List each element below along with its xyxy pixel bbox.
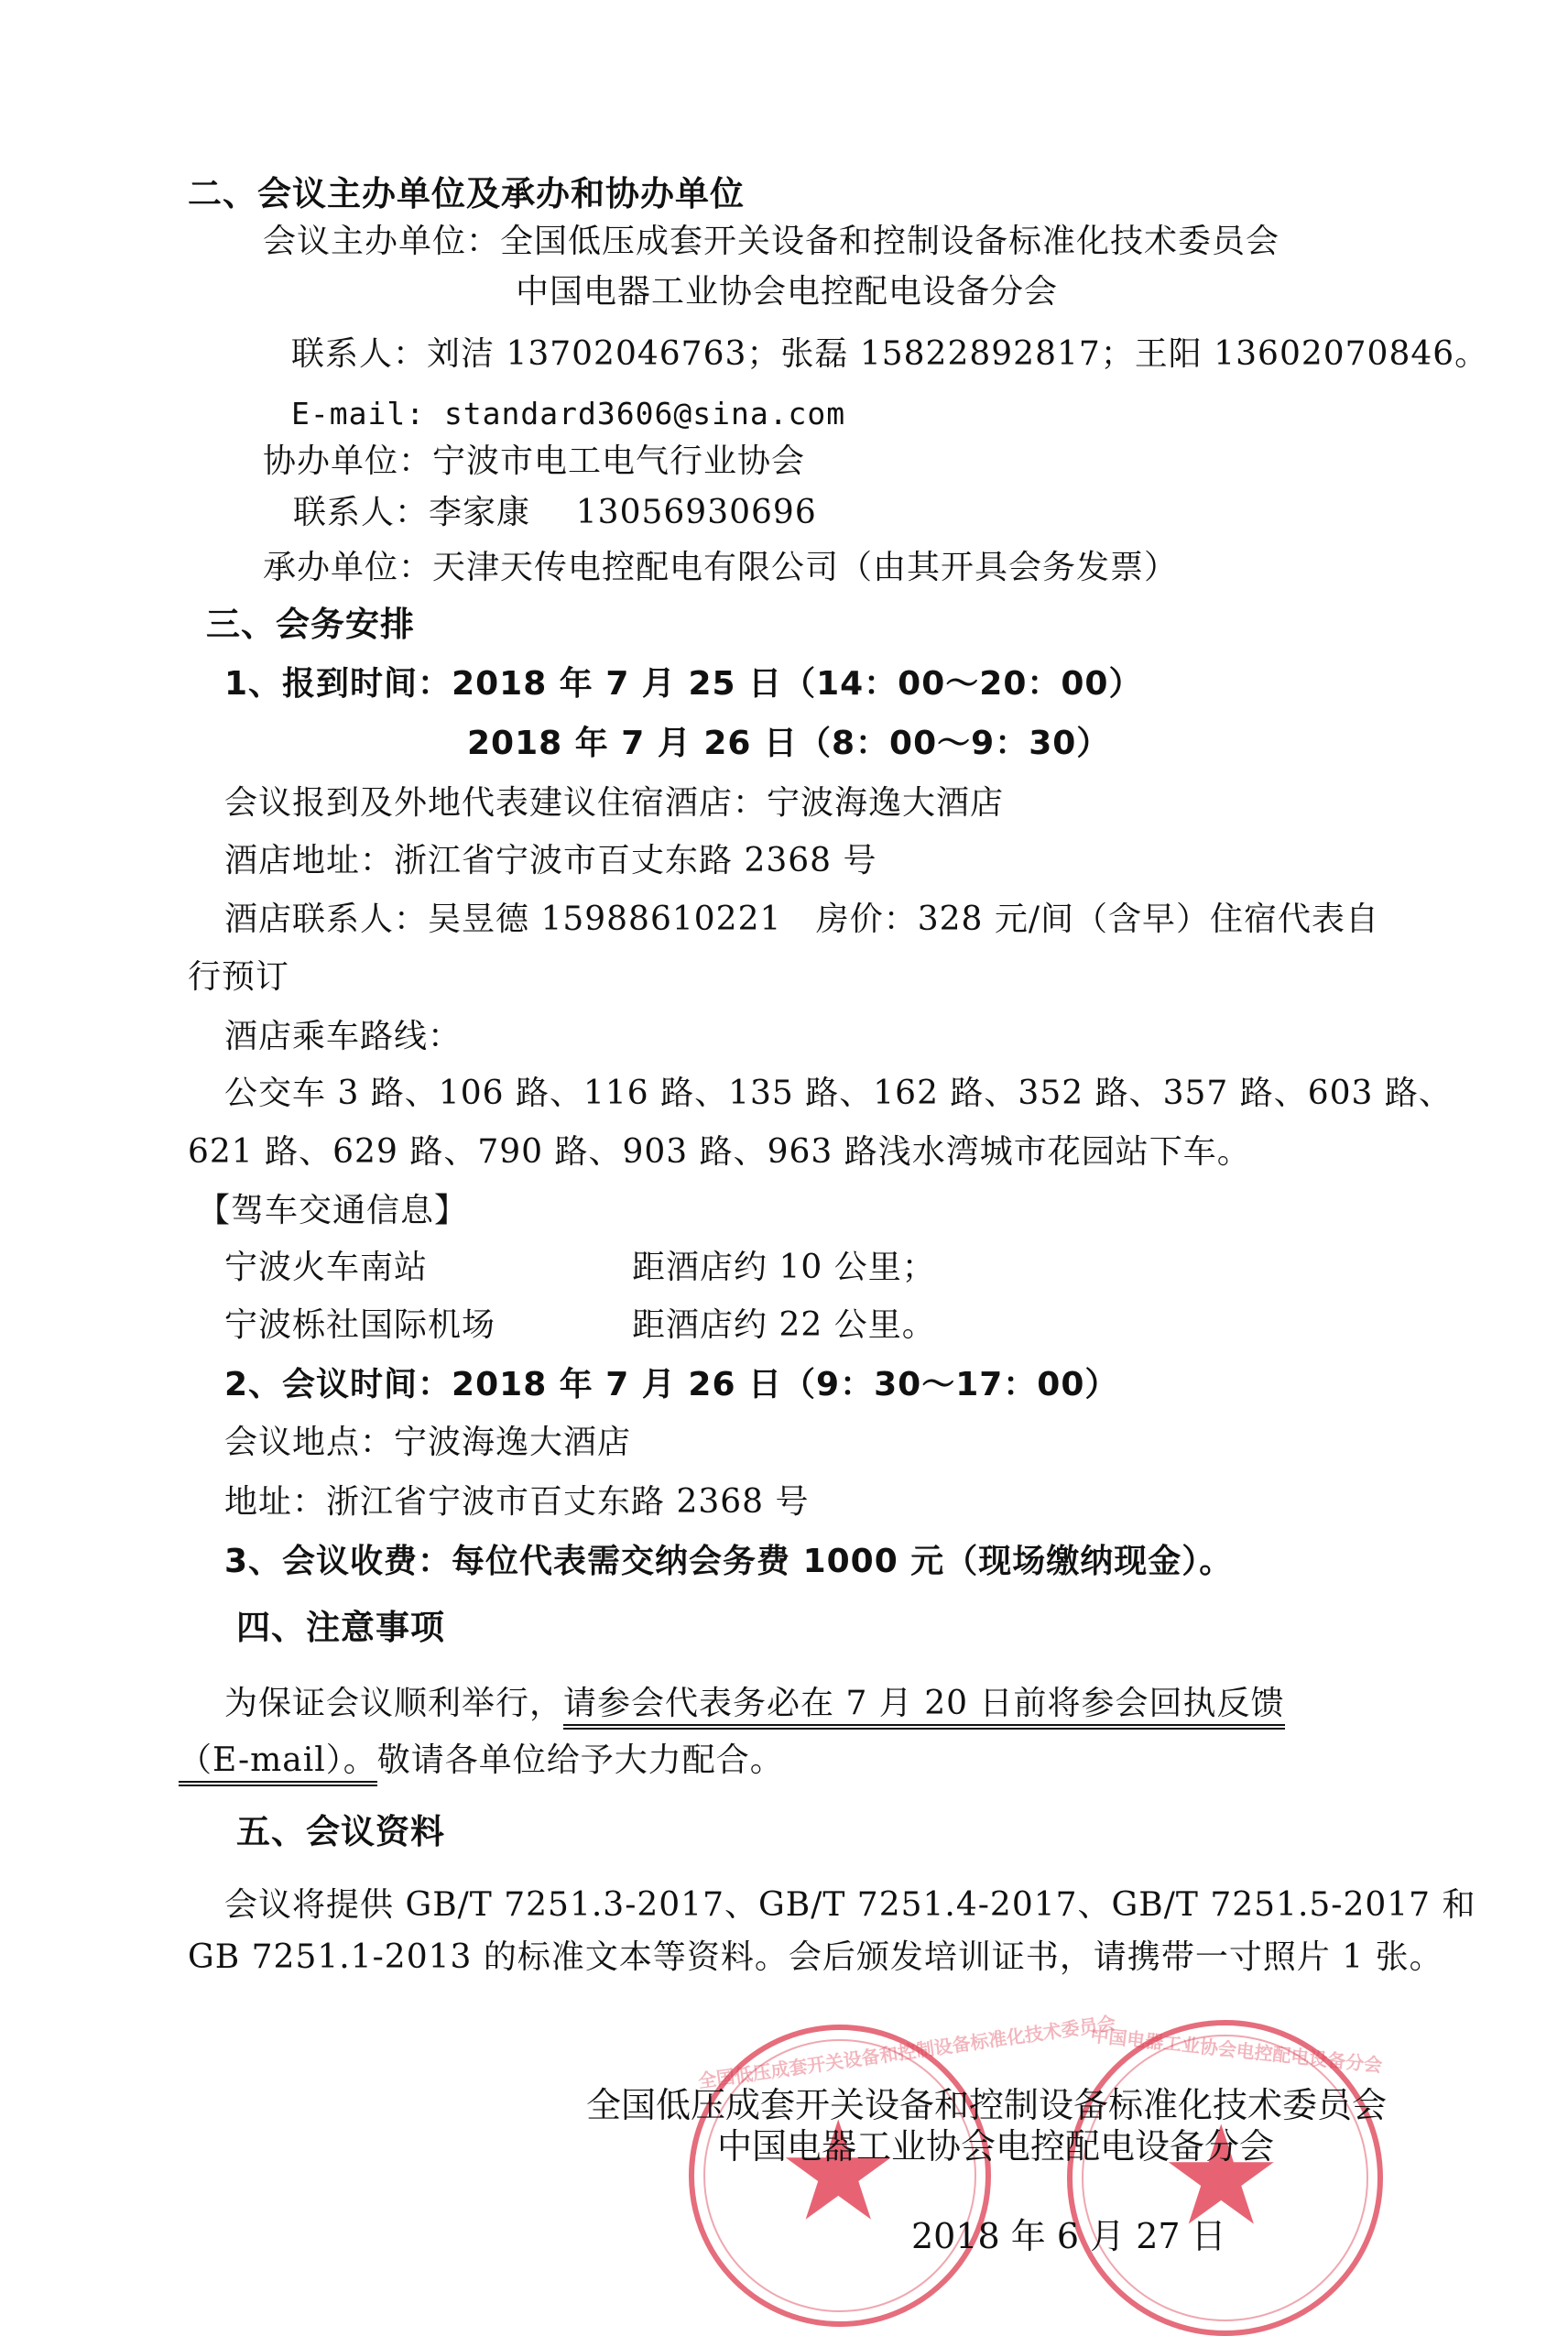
checkin-time-line-1: 1、报到时间：2018 年 7 月 25 日（14：00～20：00） xyxy=(224,664,1142,704)
hotel-address-line: 酒店地址：浙江省宁波市百丈东路 2368 号 xyxy=(224,841,877,881)
notice-para-line-1: 为保证会议顺利举行，请参会代表务必在 7 月 20 日前将参会回执反馈 xyxy=(224,1684,1285,1724)
section2-heading: 二、会议主办单位及承办和协办单位 xyxy=(188,174,745,214)
checkin-date-2: 2018 年 7 月 26 日（8：00～9：30） xyxy=(467,724,1110,764)
bus-line-1: 公交车 3 路、106 路、116 路、135 路、162 路、352 路、35… xyxy=(224,1074,1453,1114)
bus-line-2: 621 路、629 路、790 路、903 路、963 路浅水湾城市花园站下车。 xyxy=(188,1132,1251,1173)
document-page: 二、会议主办单位及承办和协办单位 会议主办单位：全国低压成套开关设备和控制设备标… xyxy=(0,0,1568,2336)
notice-suffix: 敬请各单位给予大力配合。 xyxy=(377,1741,784,1779)
section3-heading: 三、会务安排 xyxy=(206,605,415,645)
contacts-line: 联系人：刘洁 13702046763；张磊 15822892817；王阳 136… xyxy=(291,334,1488,375)
signature-date: 2018 年 6 月 27 日 xyxy=(911,2215,1226,2257)
host-org-1: 全国低压成套开关设备和控制设备标准化技术委员会 xyxy=(500,223,1279,260)
venue-address-line: 地址：浙江省宁波市百丈东路 2368 号 xyxy=(224,1482,810,1523)
driving-heading: 【驾车交通信息】 xyxy=(197,1191,468,1231)
co-contact-line: 联系人：李家康 13056930696 xyxy=(293,493,817,533)
checkin-date-1: 2018 年 7 月 25 日（14：00～20：00） xyxy=(452,665,1142,703)
co-organizer-line: 协办单位：宁波市电工电气行业协会 xyxy=(263,442,805,482)
driving-distance-1: 距酒店约 10 公里； xyxy=(632,1248,936,1288)
notice-prefix: 为保证会议顺利举行， xyxy=(224,1685,563,1722)
checkin-label: 1、报到时间： xyxy=(224,665,452,703)
meeting-time-line: 2、会议时间：2018 年 7 月 26 日（9：30～17：00） xyxy=(224,1365,1118,1405)
meeting-fee-line: 3、会议收费：每位代表需交纳会务费 1000 元（现场缴纳现金）。 xyxy=(224,1542,1233,1582)
hotel-contact-line-2: 行预订 xyxy=(188,957,289,998)
host-org-2: 中国电器工业协会电控配电设备分会 xyxy=(516,272,1058,312)
materials-para-line-2: GB 7251.1-2013 的标准文本等资料。会后颁发培训证书，请携带一寸照片… xyxy=(188,1938,1443,1978)
notice-underlined-2: （E-mail）。 xyxy=(179,1741,377,1786)
driving-place-2: 宁波栎社国际机场 xyxy=(224,1305,495,1346)
hotel-line: 会议报到及外地代表建议住宿酒店：宁波海逸大酒店 xyxy=(224,783,1004,824)
hotel-contact-line-1: 酒店联系人：吴昱德 15988610221 房价：328 元/间（含早）住宿代表… xyxy=(224,900,1379,940)
host-organizer-line: 会议主办单位：全国低压成套开关设备和控制设备标准化技术委员会 xyxy=(263,222,1279,262)
route-label: 酒店乘车路线： xyxy=(224,1017,462,1057)
email-line: E-mail: standard3606@sina.com xyxy=(291,394,845,434)
section4-heading: 四、注意事项 xyxy=(236,1608,445,1648)
notice-para-line-2: （E-mail）。敬请各单位给予大力配合。 xyxy=(179,1741,784,1781)
materials-para-line-1: 会议将提供 GB/T 7251.3-2017、GB/T 7251.4-2017、… xyxy=(224,1885,1476,1926)
section5-heading: 五、会议资料 xyxy=(236,1812,445,1852)
undertaker-line: 承办单位：天津天传电控配电有限公司（由其开具会务发票） xyxy=(263,548,1178,588)
signature-org-2: 中国电器工业协会电控配电设备分会 xyxy=(717,2125,1274,2167)
driving-distance-2: 距酒店约 22 公里。 xyxy=(632,1305,936,1346)
notice-underlined-1: 请参会代表务必在 7 月 20 日前将参会回执反馈 xyxy=(563,1685,1285,1730)
venue-line: 会议地点：宁波海逸大酒店 xyxy=(224,1423,631,1463)
host-label: 会议主办单位： xyxy=(263,223,500,260)
driving-place-1: 宁波火车南站 xyxy=(224,1248,428,1288)
signature-org-1: 全国低压成套开关设备和控制设备标准化技术委员会 xyxy=(586,2084,1387,2126)
